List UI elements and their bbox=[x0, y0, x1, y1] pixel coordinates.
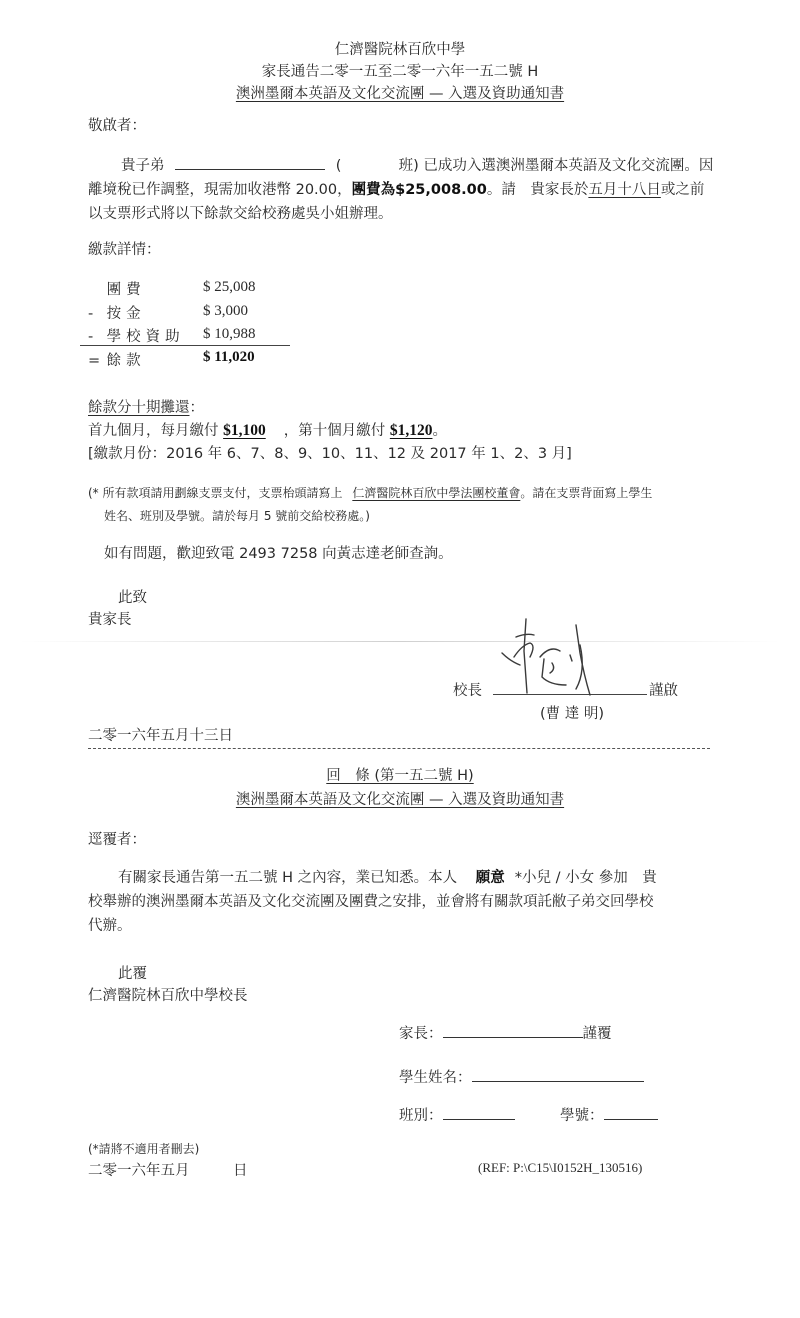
installment-text-a: 首九個月，每月繳付 bbox=[88, 423, 219, 439]
deadline-date: 五月十八日 bbox=[588, 182, 661, 198]
reply-closing: 此覆 bbox=[118, 962, 147, 983]
row-amount: $ 3,000 bbox=[203, 303, 248, 320]
class-field[interactable]: 班別： bbox=[399, 1104, 515, 1125]
installment-months: [繳款月份：2016 年 6、7、8、9、10、11、12 及 2017 年 1… bbox=[88, 442, 572, 463]
row-amount: $ 25,008 bbox=[203, 279, 256, 296]
reply-addressee: 仁濟醫院林百欣中學校長 bbox=[88, 984, 248, 1005]
contact-line: 如有問題，歡迎致電 2493 7258 向黃志達老師查詢。 bbox=[104, 542, 453, 563]
payment-row: - 按金 bbox=[88, 302, 146, 323]
row-label: 餘款 bbox=[107, 353, 146, 369]
para1-line3: 以支票形式將以下餘款交給校務處吳小姐辦理。 bbox=[88, 202, 393, 223]
monthly-amount: $1,100 bbox=[223, 422, 284, 439]
para1-line2-a: 離境稅已作調整，現需加收港幣 20.00， bbox=[88, 182, 352, 198]
student-name-blank[interactable] bbox=[175, 155, 325, 170]
row-prefix: - bbox=[88, 306, 102, 322]
reply-body-line2: 校舉辦的澳洲墨爾本英語及文化交流團及團費之安排，並會將有關款項託敝子弟交回學校 bbox=[88, 890, 654, 911]
payment-note-line2: 姓名、班別及學號。請於每月 5 號前交給校務處。) bbox=[104, 507, 370, 524]
reply-subtitle: 澳洲墨爾本英語及文化交流團 — 入選及資助通知書 bbox=[0, 788, 800, 809]
reply-subtitle-text: 澳洲墨爾本英語及文化交流團 — 入選及資助通知書 bbox=[236, 792, 564, 808]
salutation: 敬啟者： bbox=[88, 114, 146, 135]
payment-heading: 繳款詳情： bbox=[88, 238, 161, 259]
reply-title-text: 回 條 (第一五二號 H) bbox=[326, 768, 473, 784]
reply-title: 回 條 (第一五二號 H) bbox=[0, 764, 800, 785]
payment-row: - 學校資助 bbox=[88, 325, 185, 346]
reply-body-line3: 代辦。 bbox=[88, 914, 132, 935]
student-name-field[interactable]: 學生姓名： bbox=[399, 1066, 644, 1087]
document-title-text: 澳洲墨爾本英語及文化交流團 — 入選及資助通知書 bbox=[236, 86, 564, 102]
principal-name: (曹 達 明) bbox=[540, 702, 604, 723]
reference-code: (REF: P:\C15\I0152H_130516) bbox=[478, 1160, 642, 1176]
note-text-b: 。請在支票背面寫上學生 bbox=[520, 486, 652, 500]
scan-artifact bbox=[20, 641, 780, 642]
total-rule bbox=[80, 345, 290, 346]
row-amount: $ 10,988 bbox=[203, 326, 256, 343]
principal-label: 校長 bbox=[453, 679, 482, 700]
para1-line2: 離境稅已作調整，現需加收港幣 20.00，團費為$25,008.00。請 貴家長… bbox=[88, 178, 704, 199]
student-number-label: 學號： bbox=[560, 1108, 604, 1124]
student-number-field[interactable]: 學號： bbox=[560, 1104, 658, 1125]
reply-body-text-b[interactable]: *小兒 / 小女 參加 貴 bbox=[515, 870, 657, 886]
parent-signature-field[interactable]: 家長：謹覆 bbox=[399, 1022, 612, 1043]
row-amount-total: $ 11,020 bbox=[203, 349, 255, 366]
para1-line1-rest: 班) 已成功入選澳洲墨爾本英語及文化交流團。因 bbox=[399, 158, 714, 174]
para1-line2-b: 。請 貴家長於 bbox=[487, 182, 589, 198]
note-text-a: (* 所有款項請用劃線支票支付，支票枱頭請寫上 bbox=[88, 486, 343, 500]
reply-date: 二零一六年五月 日 bbox=[88, 1159, 248, 1180]
student-name-input-blank[interactable] bbox=[472, 1067, 644, 1082]
document-title: 澳洲墨爾本英語及文化交流團 — 入選及資助通知書 bbox=[0, 82, 800, 103]
row-label: 按金 bbox=[107, 306, 146, 322]
signature-icon bbox=[500, 615, 610, 697]
payment-note-line1: (* 所有款項請用劃線支票支付，支票枱頭請寫上 仁濟醫院林百欣中學法團校董會。請… bbox=[88, 484, 652, 501]
payment-row-total: = 餘款 bbox=[88, 349, 146, 370]
student-name-label: 學生姓名： bbox=[399, 1070, 472, 1086]
student-number-blank[interactable] bbox=[604, 1105, 658, 1120]
installment-text-b: ，第十個月繳付 bbox=[284, 423, 386, 439]
principal-suffix: 謹啟 bbox=[649, 679, 678, 700]
fee-total: 團費為$25,008.00 bbox=[352, 182, 487, 198]
row-label: 團費 bbox=[107, 282, 146, 298]
installment-text-c: 。 bbox=[432, 423, 447, 439]
notice-number: 家長通告二零一五至二零一六年一五二號 H bbox=[0, 60, 800, 81]
cheque-payee: 仁濟醫院林百欣中學法團校董會 bbox=[352, 486, 520, 500]
student-label: 貴子弟 bbox=[121, 158, 165, 174]
installment-heading: 餘款分十期攤還： bbox=[88, 396, 204, 417]
row-prefix: = bbox=[88, 353, 102, 369]
closing: 此致 bbox=[118, 586, 147, 607]
parent-suffix: 謹覆 bbox=[583, 1026, 612, 1042]
school-name: 仁濟醫院林百欣中學 bbox=[0, 38, 800, 59]
class-input-blank[interactable] bbox=[443, 1105, 515, 1120]
tear-off-line bbox=[88, 748, 710, 749]
class-label: 班別： bbox=[399, 1108, 443, 1124]
installment-heading-text: 餘款分十期攤還 bbox=[88, 400, 190, 416]
row-prefix: - bbox=[88, 329, 102, 345]
installment-line: 首九個月，每月繳付 $1,100，第十個月繳付 $1,120。 bbox=[88, 419, 447, 440]
class-open-paren: ( bbox=[336, 158, 342, 174]
reply-salutation: 逕覆者： bbox=[88, 828, 146, 849]
parent-signature-blank[interactable] bbox=[443, 1023, 583, 1038]
final-month-amount: $1,120 bbox=[390, 422, 433, 439]
para1-line2-c: 或之前 bbox=[661, 182, 705, 198]
row-label: 學校資助 bbox=[107, 329, 185, 345]
addressee: 貴家長 bbox=[88, 608, 132, 629]
reply-body-line1: 有關家長通告第一五二號 H 之內容，業已知悉。本人 願意*小兒 / 小女 參加 … bbox=[118, 866, 657, 887]
installment-colon: ： bbox=[190, 400, 205, 416]
payment-row: 團費 bbox=[88, 278, 146, 299]
letter-date: 二零一六年五月十三日 bbox=[88, 724, 233, 745]
reply-body-text-a: 有關家長通告第一五二號 H 之內容，業已知悉。本人 bbox=[118, 870, 457, 886]
para1-line1: 貴子弟 ( 班) 已成功入選澳洲墨爾本英語及文化交流團。因 bbox=[121, 154, 713, 175]
agree-option[interactable]: 願意 bbox=[476, 870, 505, 886]
parent-label: 家長： bbox=[399, 1026, 443, 1042]
footnote: (*請將不適用者刪去) bbox=[88, 1140, 199, 1157]
